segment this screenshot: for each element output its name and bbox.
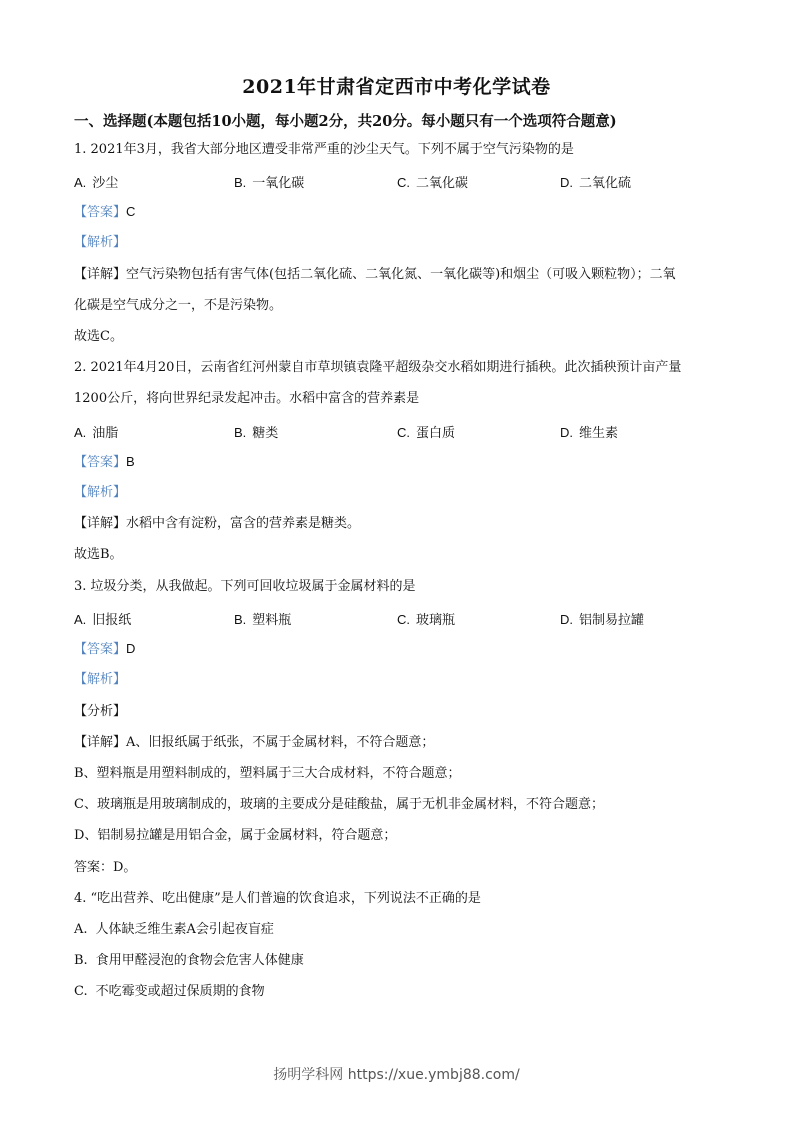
analysis-tag: 【解析】 <box>74 671 126 689</box>
option-a: A.油脂 <box>74 422 118 441</box>
question-1-stem: 1. 2021年3月，我省大部分地区遭受非常严重的沙尘天气。下列不属于空气污染物… <box>74 141 574 159</box>
analysis-tag: 【解析】 <box>74 234 126 252</box>
page-title: 2021年甘肃省定西市中考化学试卷 <box>0 72 793 99</box>
option-a: A.旧报纸 <box>74 609 131 628</box>
conclusion-line: 故选C。 <box>74 328 123 346</box>
question-2-stem: 1200公斤，将向世界纪录发起冲击。水稻中富含的营养素是 <box>74 390 419 408</box>
question-3-stem: 3. 垃圾分类，从我做起。下列可回收垃圾属于金属材料的是 <box>74 578 416 596</box>
option-d: D.二氧化硫 <box>560 172 631 191</box>
option-d: D.铝制易拉罐 <box>560 609 644 628</box>
option-c: C.玻璃瓶 <box>397 609 455 628</box>
detail-line: 化碳是空气成分之一，不是污染物。 <box>74 297 282 315</box>
option-b: B.糖类 <box>234 422 278 441</box>
answer-value: D <box>126 641 135 656</box>
detail-line: 【详解】A、旧报纸属于纸张，不属于金属材料，不符合题意； <box>74 734 434 752</box>
option-a: A.沙尘 <box>74 172 118 191</box>
analysis-sub-tag: 【分析】 <box>74 703 126 721</box>
question-3-options: A.旧报纸 B.塑料瓶 C.玻璃瓶 D.铝制易拉罐 <box>74 609 734 627</box>
option-b: B.食用甲醛浸泡的食物会危害人体健康 <box>74 952 304 970</box>
answer-value: B <box>126 454 135 469</box>
answer-line: 【答案】C <box>74 203 135 222</box>
detail-line: D、铝制易拉罐是用铝合金，属于金属材料，符合题意； <box>74 827 396 845</box>
option-a: A.人体缺乏维生素A会引起夜盲症 <box>74 921 274 939</box>
question-1-options: A.沙尘 B.一氧化碳 C.二氧化碳 D.二氧化硫 <box>74 172 734 190</box>
detail-line: C、玻璃瓶是用玻璃制成的，玻璃的主要成分是硅酸盐，属于无机非金属材料，不符合题意… <box>74 796 604 814</box>
answer-value: C <box>126 204 135 219</box>
analysis-tag: 【解析】 <box>74 484 126 502</box>
answer-tag: 【答案】 <box>74 642 126 657</box>
option-c: C.蛋白质 <box>397 422 455 441</box>
answer-line: 【答案】D <box>74 640 135 659</box>
question-2-stem: 2. 2021年4月20日，云南省红河州蒙自市草坝镇袁隆平超级杂交水稻如期进行插… <box>74 359 681 377</box>
answer-tag: 【答案】 <box>74 205 126 220</box>
conclusion-line: 答案：D。 <box>74 859 136 877</box>
detail-line: 【详解】水稻中含有淀粉，富含的营养素是糖类。 <box>74 515 360 533</box>
option-c: C.不吃霉变或超过保质期的食物 <box>74 983 265 1001</box>
detail-line: 【详解】空气污染物包括有害气体(包括二氧化硫、二氧化氮、一氧化碳等)和烟尘（可吸… <box>74 266 676 284</box>
question-4-stem: 4. “吃出营养、吃出健康”是人们普遍的饮食追求，下列说法不正确的是 <box>74 890 481 908</box>
option-d: D.维生素 <box>560 422 618 441</box>
footer-watermark: 扬明学科网 https://xue.ymbj88.com/ <box>0 1064 793 1084</box>
answer-tag: 【答案】 <box>74 455 126 470</box>
detail-line: B、塑料瓶是用塑料制成的，塑料属于三大合成材料，不符合题意； <box>74 765 461 783</box>
section-heading: 一、选择题(本题包括10小题，每小题2分，共20分。每小题只有一个选项符合题意) <box>74 110 617 131</box>
option-b: B.塑料瓶 <box>234 609 291 628</box>
question-2-options: A.油脂 B.糖类 C.蛋白质 D.维生素 <box>74 422 734 440</box>
answer-line: 【答案】B <box>74 453 135 472</box>
option-b: B.一氧化碳 <box>234 172 304 191</box>
option-c: C.二氧化碳 <box>397 172 468 191</box>
conclusion-line: 故选B。 <box>74 546 123 564</box>
exam-page: 2021年甘肃省定西市中考化学试卷 一、选择题(本题包括10小题，每小题2分，共… <box>0 0 793 1122</box>
